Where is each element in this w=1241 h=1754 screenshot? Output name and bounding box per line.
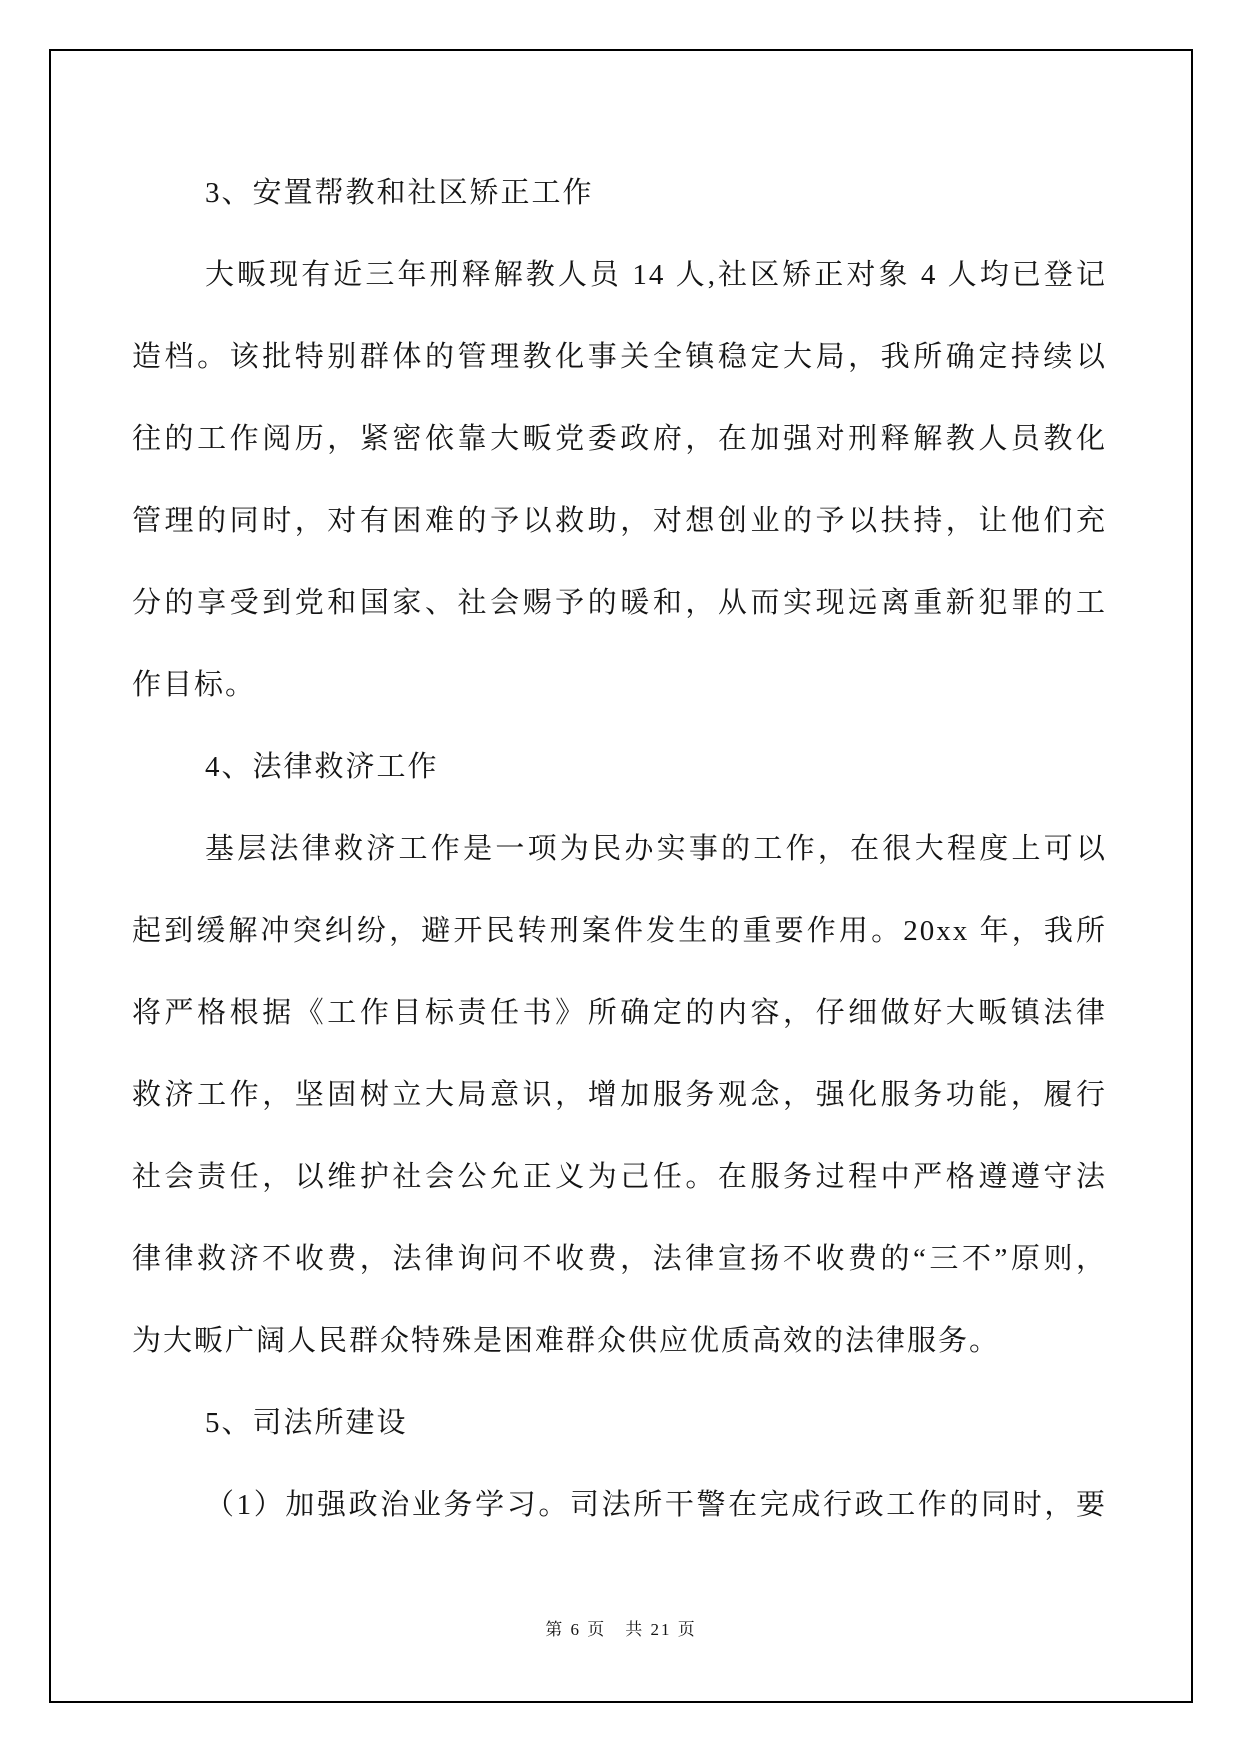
heading-line: 3、安置帮教和社区矫正工作: [132, 152, 1107, 234]
page-footer: 第 6 页 共 21 页: [49, 1619, 1193, 1641]
heading-line: 5、司法所建设: [132, 1382, 1107, 1464]
body-line: 律律救济不收费，法律询问不收费，法律宣扬不收费的“三不”原则，: [132, 1218, 1107, 1300]
body-line: 救济工作，坚固树立大局意识，增加服务观念，强化服务功能，履行: [132, 1054, 1107, 1136]
body-line: 为大畈广阔人民群众特殊是困难群众供应优质高效的法律服务。: [132, 1300, 1107, 1382]
body-line: 起到缓解冲突纠纷，避开民转刑案件发生的重要作用。20xx 年，我所: [132, 890, 1107, 972]
body-line: 将严格根据《工作目标责任书》所确定的内容，仔细做好大畈镇法律: [132, 972, 1107, 1054]
body-line: 往的工作阅历，紧密依靠大畈党委政府，在加强对刑释解教人员教化: [132, 398, 1107, 480]
body-line: 社会责任，以维护社会公允正义为己任。在服务过程中严格遵遵守法: [132, 1136, 1107, 1218]
body-line: 分的享受到党和国家、社会赐予的暖和，从而实现远离重新犯罪的工: [132, 562, 1107, 644]
body-line: 大畈现有近三年刑释解教人员 14 人,社区矫正对象 4 人均已登记: [132, 234, 1107, 316]
body-line: 基层法律救济工作是一项为民办实事的工作，在很大程度上可以: [132, 808, 1107, 890]
page-number-text: 第 6 页 共 21 页: [545, 1620, 697, 1639]
body-line: 管理的同时，对有困难的予以救助，对想创业的予以扶持，让他们充: [132, 480, 1107, 562]
body-line: 作目标。: [132, 644, 1107, 726]
heading-line: 4、法律救济工作: [132, 726, 1107, 808]
document-text: 3、安置帮教和社区矫正工作大畈现有近三年刑释解教人员 14 人,社区矫正对象 4…: [132, 152, 1107, 1546]
body-line: （1）加强政治业务学习。司法所干警在完成行政工作的同时，要: [132, 1464, 1107, 1546]
body-line: 造档。该批特别群体的管理教化事关全镇稳定大局，我所确定持续以: [132, 316, 1107, 398]
